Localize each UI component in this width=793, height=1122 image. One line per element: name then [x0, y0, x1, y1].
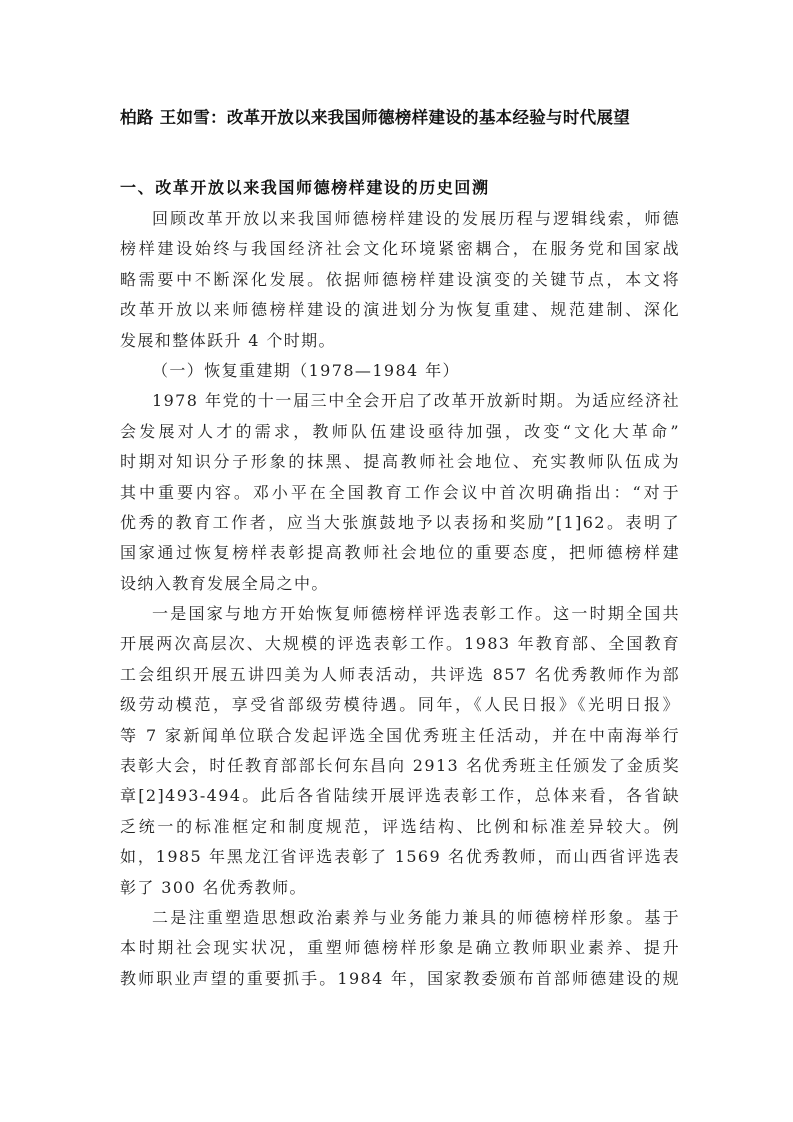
paragraph-line: 优秀的教育工作者，应当大张旗鼓地予以表扬和奖励”[1]62。表明了 — [120, 508, 680, 538]
paragraph-line: 二是注重塑造思想政治素养与业务能力兼具的师德榜样形象。基于 — [120, 903, 680, 933]
paragraph-line: 开展两次高层次、大规模的评选表彰工作。1983 年教育部、全国教育 — [120, 629, 680, 659]
paragraph-line: 略需要中不断深化发展。依据师德榜样建设演变的关键节点，本文将 — [120, 265, 680, 295]
paragraph-line: 国家通过恢复榜样表彰提高教师社会地位的重要态度，把师德榜样建 — [120, 538, 680, 568]
body-text: 回顾改革开放以来我国师德榜样建设的发展历程与逻辑线索，师德 榜样建设始终与我国经… — [120, 204, 680, 994]
paragraph-line: 级劳动模范，享受省部级劳模待遇。同年，《人民日报》《光明日报》 — [120, 690, 680, 720]
paragraph-line: 教师职业声望的重要抓手。1984 年，国家教委颁布首部师德建设的规 — [120, 964, 680, 994]
paragraph-line: 章[2]493-494。此后各省陆续开展评选表彰工作，总体来看，各省缺 — [120, 781, 680, 811]
article-title: 柏路 王如雪：改革开放以来我国师德榜样建设的基本经验与时代展望 — [120, 104, 680, 128]
paragraph-line: 发展和整体跃升 4 个时期。 — [120, 326, 680, 356]
paragraph-line: 彰了 300 名优秀教师。 — [120, 873, 680, 903]
paragraph-line: 1978 年党的十一届三中全会开启了改革开放新时期。为适应经济社 — [120, 386, 680, 416]
paragraph-line: 改革开放以来师德榜样建设的演进划分为恢复重建、规范建制、深化 — [120, 295, 680, 325]
paragraph-line: 乏统一的标准框定和制度规范，评选结构、比例和标准差异较大。例 — [120, 812, 680, 842]
paragraph-line: 等 7 家新闻单位联合发起评选全国优秀班主任活动，并在中南海举行 — [120, 721, 680, 751]
section-heading: 一、改革开放以来我国师德榜样建设的历史回溯 — [120, 175, 490, 198]
paragraph-line: 会发展对人才的需求，教师队伍建设亟待加强，改变“文化大革命” — [120, 417, 680, 447]
subsection-heading: （一）恢复重建期（1978—1984 年） — [120, 356, 680, 386]
paragraph-line: 回顾改革开放以来我国师德榜样建设的发展历程与逻辑线索，师德 — [120, 204, 680, 234]
paragraph-line: 榜样建设始终与我国经济社会文化环境紧密耦合，在服务党和国家战 — [120, 234, 680, 264]
paragraph-line: 表彰大会，时任教育部部长何东昌向 2913 名优秀班主任颁发了金质奖 — [120, 751, 680, 781]
paragraph-line: 设纳入教育发展全局之中。 — [120, 569, 680, 599]
paragraph-line: 一是国家与地方开始恢复师德榜样评选表彰工作。这一时期全国共 — [120, 599, 680, 629]
paragraph-line: 其中重要内容。邓小平在全国教育工作会议中首次明确指出：“对于 — [120, 478, 680, 508]
paragraph-line: 本时期社会现实状况，重塑师德榜样形象是确立教师职业素养、提升 — [120, 933, 680, 963]
paragraph-line: 时期对知识分子形象的抹黑、提高教师社会地位、充实教师队伍成为 — [120, 447, 680, 477]
paragraph-line: 如，1985 年黑龙江省评选表彰了 1569 名优秀教师，而山西省评选表 — [120, 842, 680, 872]
paragraph-line: 工会组织开展五讲四美为人师表活动，共评选 857 名优秀教师作为部 — [120, 660, 680, 690]
